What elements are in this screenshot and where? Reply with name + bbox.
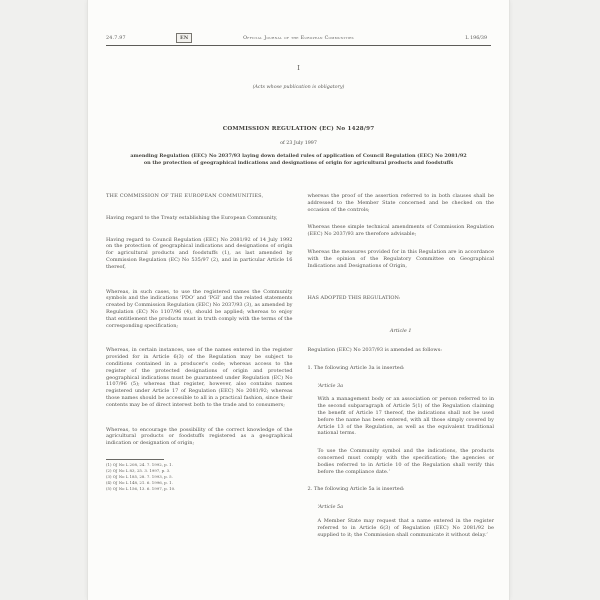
- preamble-whereas-6: Whereas the measures provided for in thi…: [308, 249, 495, 269]
- article-3a-paragraph-2: To use the Community symbol and the indi…: [308, 448, 495, 475]
- regulation-subject: amending Regulation (EEC) No 2037/93 lay…: [130, 153, 467, 167]
- acts-obligatory-note: (Acts whose publication is obligatory): [88, 85, 509, 90]
- preamble-whereas-1: Whereas, in such cases, to use the regis…: [106, 289, 293, 330]
- preamble-treaty: Having regard to the Treaty establishing…: [106, 215, 293, 222]
- article-5a-heading: ‘Article 5a: [308, 504, 495, 511]
- article-3a-heading: ‘Article 3a: [308, 383, 495, 390]
- footnotes-rule: [106, 459, 164, 460]
- preamble-whereas-4: whereas the proof of the assertion refer…: [308, 193, 495, 213]
- has-adopted-clause: HAS ADOPTED THIS REGULATION:: [308, 295, 495, 302]
- preamble-whereas-5: Whereas these simple technical amendment…: [308, 224, 495, 238]
- header-page-ref: L 196/39: [465, 36, 487, 41]
- preamble-having-regard: Having regard to Council Regulation (EEC…: [106, 237, 293, 271]
- amendment-intro: Regulation (EEC) No 2037/93 is amended a…: [308, 347, 495, 354]
- article-5a-paragraph-1: A Member State may request that a name e…: [308, 518, 495, 538]
- section-number: I: [88, 64, 509, 72]
- footnote-line: (5) OJ No L 156, 13. 6. 1997, p. 10.: [106, 486, 293, 492]
- right-column: whereas the proof of the assertion refer…: [308, 193, 495, 538]
- body-columns: THE COMMISSION OF THE EUROPEAN COMMUNITI…: [106, 193, 494, 538]
- amendment-item-1: 1. The following Article 3a is inserted:: [308, 365, 495, 372]
- regulation-date-line: of 23 July 1997: [88, 141, 509, 146]
- page-header: 24.7.97 EN Official Journal of the Europ…: [106, 33, 491, 45]
- journal-page: 24.7.97 EN Official Journal of the Europ…: [87, 0, 510, 600]
- footnotes-block: (1) OJ No L 208, 24. 7. 1992, p. 1. (2) …: [106, 459, 293, 492]
- article-3a-paragraph-1: With a management body or an association…: [308, 396, 495, 437]
- preamble-whereas-2: Whereas, in certain instances, use of th…: [106, 347, 293, 408]
- journal-title: Official Journal of the European Communi…: [106, 36, 491, 41]
- preamble-whereas-3: Whereas, to encourage the possibility of…: [106, 427, 293, 447]
- preamble-commission: THE COMMISSION OF THE EUROPEAN COMMUNITI…: [106, 193, 293, 200]
- header-rule: [106, 45, 491, 46]
- article-1-heading: Article 1: [308, 328, 495, 335]
- regulation-title: COMMISSION REGULATION (EC) No 1428/97: [88, 126, 509, 132]
- left-column: THE COMMISSION OF THE EUROPEAN COMMUNITI…: [106, 193, 293, 538]
- amendment-item-2: 2. The following Article 5a is inserted:: [308, 486, 495, 493]
